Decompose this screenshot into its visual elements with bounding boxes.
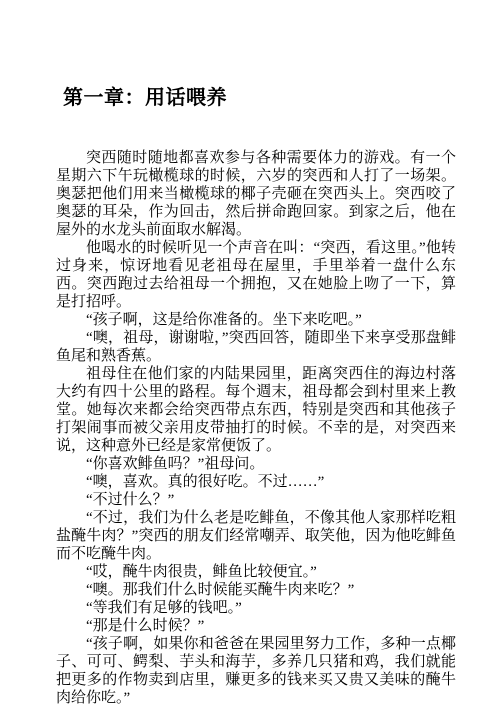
paragraph: “那是什么时候？” <box>56 617 456 635</box>
paragraph: 祖母住在他们家的内陆果园里，距离突西住的海边村落大约有四十公里的路程。每个週末，… <box>56 365 456 455</box>
paragraph: “哎，醃牛肉很贵，鲱鱼比较便宜。” <box>56 563 456 581</box>
paragraph: “噢。那我们什么时候能买醃牛肉来吃？” <box>56 581 456 599</box>
paragraph: 他喝水的时候听见一个声音在叫：“突西，看这里。”他转过身来，惊讶地看见老祖母在屋… <box>56 239 456 311</box>
paragraph: “不过，我们为什么老是吃鲱鱼，不像其他人家那样吃粗盐醃牛肉？”突西的朋友们经常嘲… <box>56 509 456 563</box>
paragraph: “噢，祖母，谢谢啦，”突西回答，随即坐下来享受那盘鲱鱼尾和熟香蕉。 <box>56 329 456 365</box>
chapter-title: 第一章：用话喂养 <box>63 87 456 109</box>
paragraph: “等我们有足够的钱吧。” <box>56 599 456 617</box>
paragraph: “孩子啊，如果你和爸爸在果园里努力工作，多种一点椰子、可可、鳄梨、芋头和海芋，多… <box>56 635 456 707</box>
paragraph: “不过什么？” <box>56 491 456 509</box>
paragraph: “噢，喜欢。真的很好吃。不过……” <box>56 473 456 491</box>
paragraph-list: 突西随时随地都喜欢参与各种需要体力的游戏。有一个星期六下午玩橄榄球的时候，六岁的… <box>56 149 456 707</box>
paragraph: “孩子啊，这是给你准备的。坐下来吃吧。” <box>56 311 456 329</box>
paragraph: 突西随时随地都喜欢参与各种需要体力的游戏。有一个星期六下午玩橄榄球的时候，六岁的… <box>56 149 456 239</box>
paragraph: “你喜欢鲱鱼吗？”祖母问。 <box>56 455 456 473</box>
document-page: 第一章：用话喂养 突西随时随地都喜欢参与各种需要体力的游戏。有一个星期六下午玩橄… <box>0 0 501 711</box>
